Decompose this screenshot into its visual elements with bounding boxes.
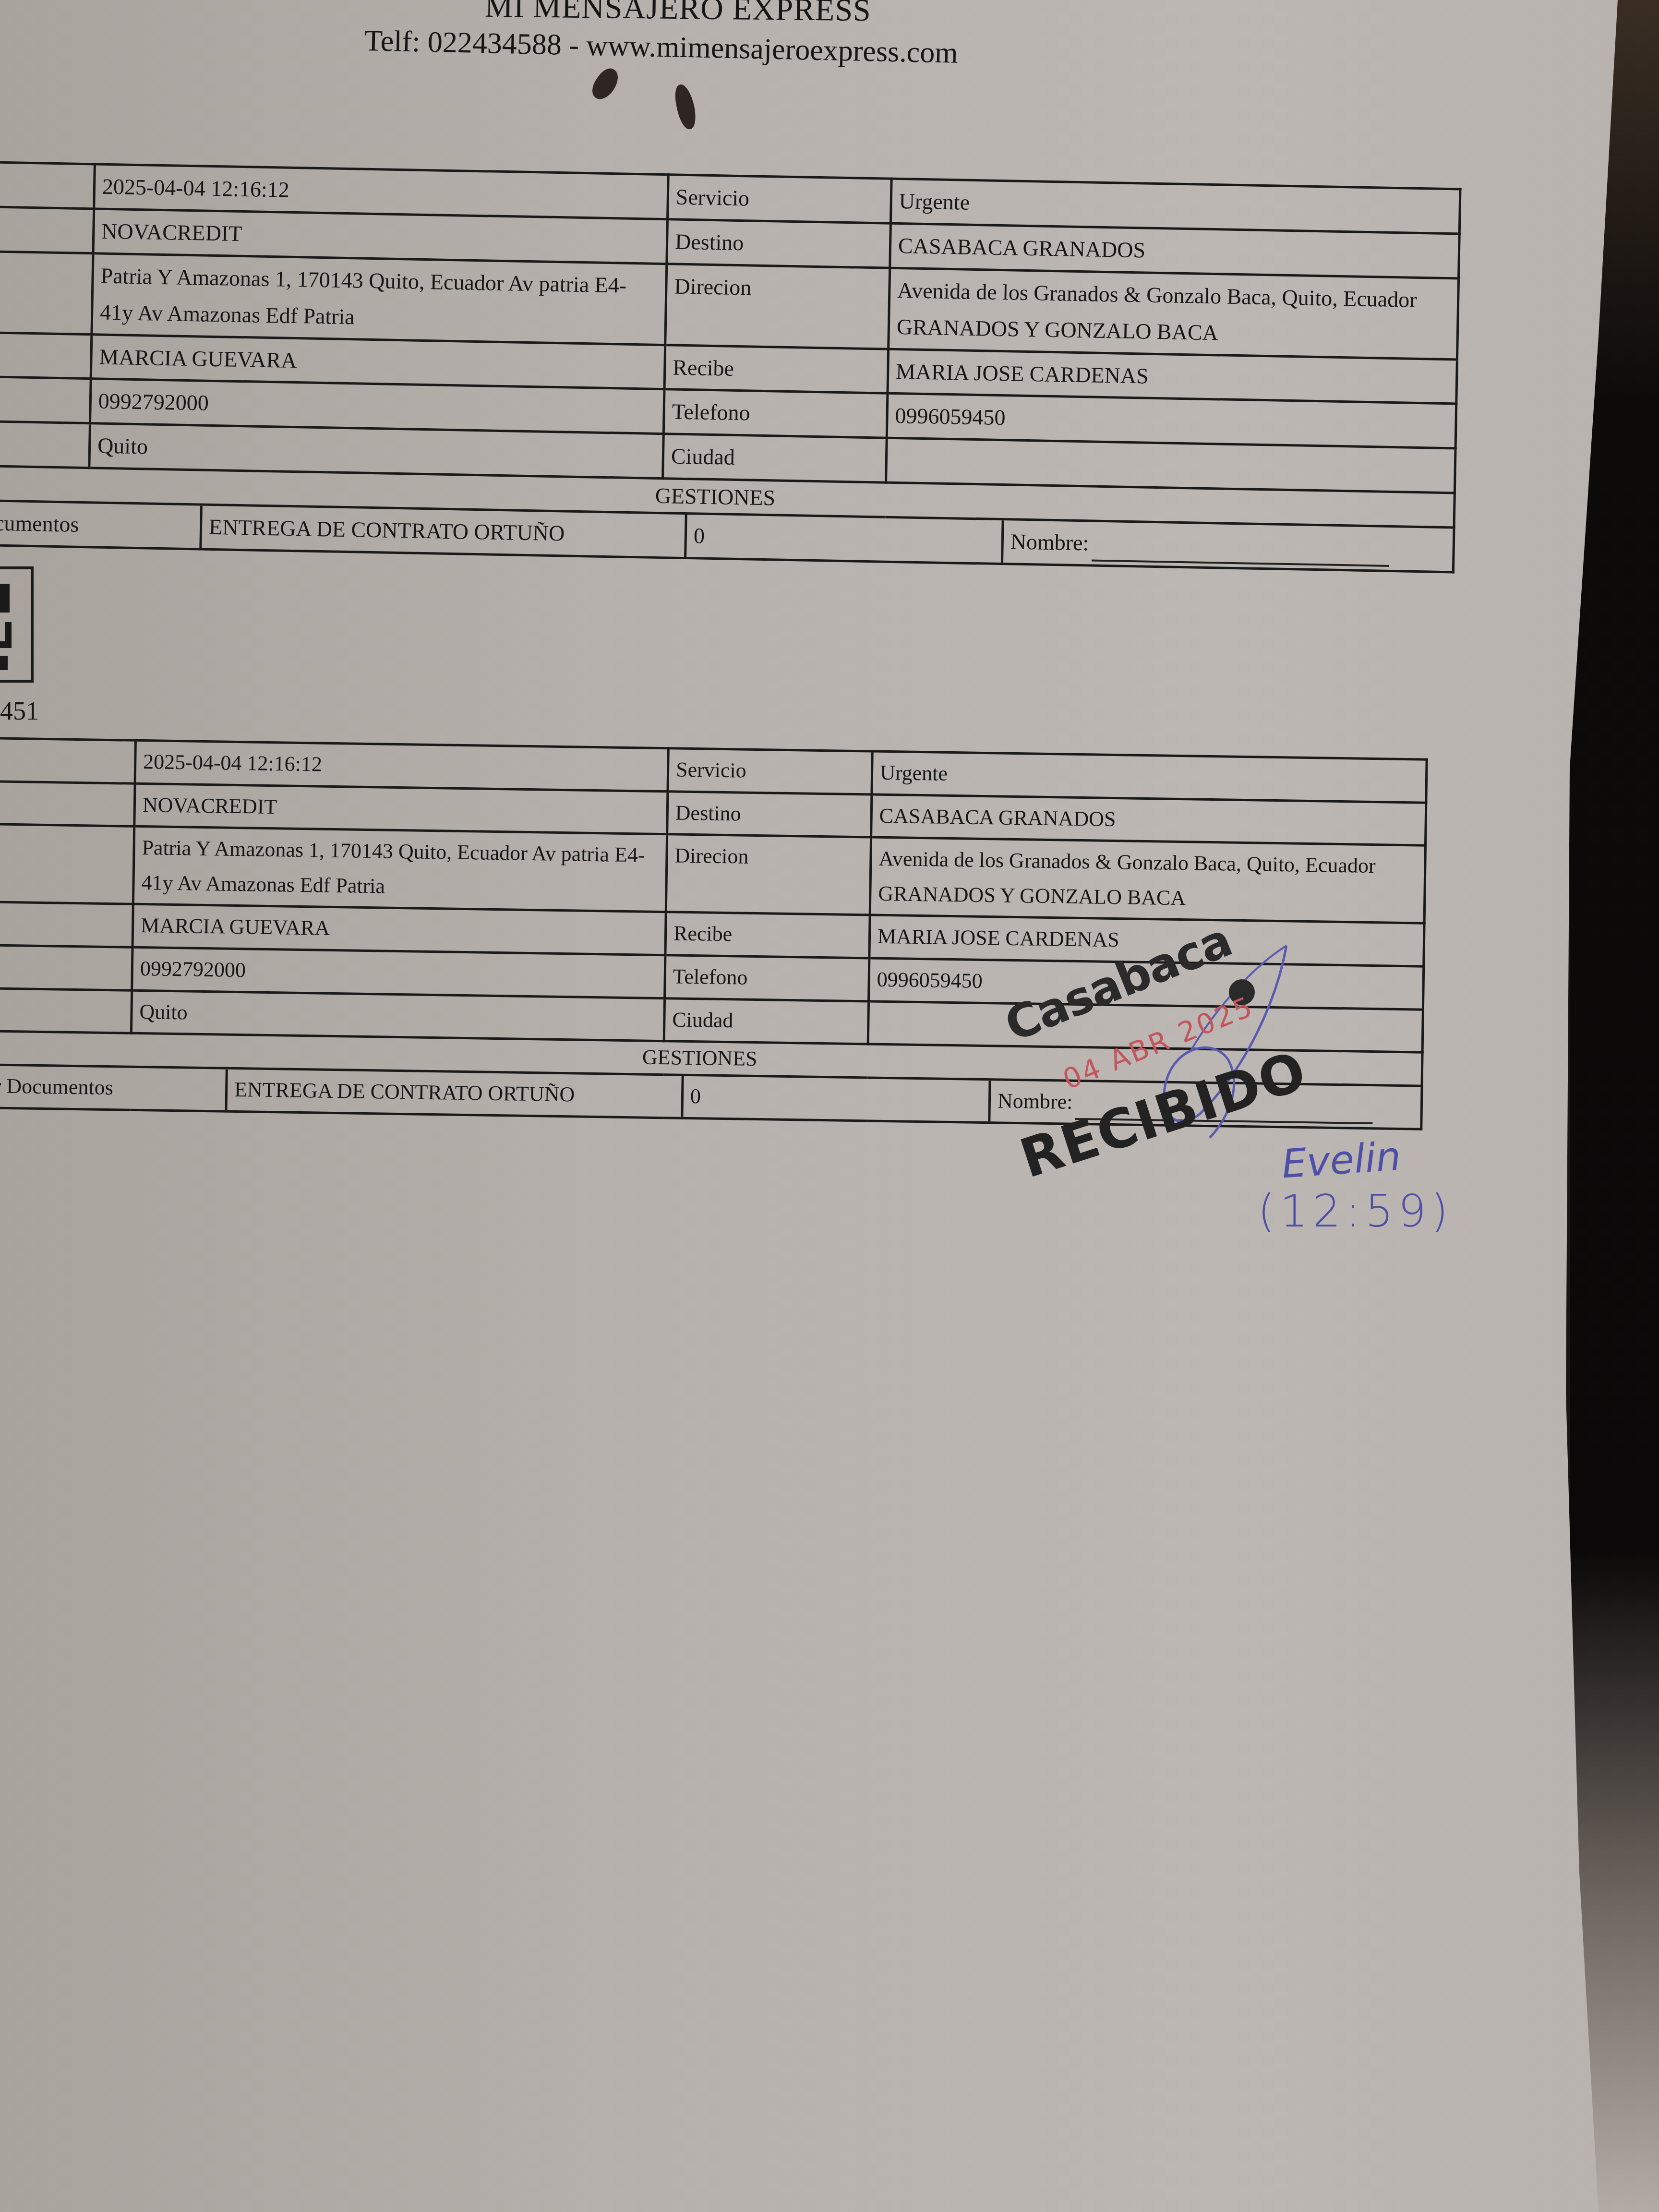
company-contact: Telf: 022434588 - www.mimensajeroexpress… (364, 24, 959, 71)
row-label (0, 738, 135, 783)
service-label: Servicio (668, 748, 872, 794)
date-value: 2025-04-04 12:16:12 (135, 740, 668, 791)
origin-address-value: Patria Y Amazonas 1, 170143 Quito, Ecuad… (92, 253, 667, 345)
city-label: Ciudad (663, 434, 887, 482)
destination-value: CASABACA GRANADOS (871, 794, 1426, 846)
gestion-quantity: 0 (683, 1076, 991, 1121)
qr-code-icon (0, 566, 34, 683)
row-label (0, 162, 95, 209)
city-label: Ciudad (664, 998, 868, 1044)
row-label (0, 251, 93, 334)
row-label (0, 781, 135, 826)
name-label: Nombre: (998, 1089, 1073, 1113)
receiver-label: Recibe (665, 912, 870, 958)
gestion-type: ocumentos (0, 502, 203, 548)
tracking-number: 451 (0, 696, 39, 726)
service-value: Urgente (872, 751, 1427, 803)
phone-label: Telefono (665, 955, 869, 1001)
row-label (0, 902, 133, 947)
row-label (0, 377, 91, 423)
handwritten-receiver-name: Evelin (1280, 1133, 1402, 1187)
row-label (0, 332, 92, 379)
signature-field: Nombre: (1003, 521, 1453, 571)
row-label (0, 206, 94, 253)
row-label: n (0, 824, 134, 904)
address-label: Direcion (665, 264, 890, 349)
origin-city-value: Quito (131, 990, 664, 1041)
handwritten-receipt-time: (12:59) (1258, 1186, 1453, 1237)
staple-hole-icon (673, 83, 699, 131)
name-label: Nombre: (1010, 529, 1089, 555)
service-label: Servicio (668, 175, 892, 223)
address-label: Direcion (666, 834, 871, 915)
row-label: o (0, 945, 132, 990)
destination-label: Destino (667, 791, 872, 837)
contact-name-value: MARCIA GUEVARA (132, 904, 666, 955)
guide-table-copy-1: 2025-04-04 12:16:12 Servicio Urgente NOV… (0, 161, 1461, 574)
gestion-type: ar Documentos (0, 1066, 228, 1110)
company-name: MI MENSAJERO EXPRESS (485, 0, 872, 29)
phone-label: Telefono (663, 389, 888, 438)
destination-address-value: Avenida de los Granados & Gonzalo Baca, … (870, 837, 1425, 923)
sender-value: NOVACREDIT (134, 783, 668, 834)
signature-line (1092, 560, 1389, 567)
destination-label: Destino (667, 219, 891, 268)
delivery-guide-page: MI MENSAJERO EXPRESS Telf: 022434588 - w… (0, 0, 1618, 2212)
destination-address-value: Avenida de los Granados & Gonzalo Baca, … (889, 268, 1459, 359)
row-label: l (0, 988, 132, 1033)
sender-phone-value: 0992792000 (132, 947, 665, 998)
receiver-label: Recibe (664, 345, 889, 393)
gestion-description: ENTREGA DE CONTRATO ORTUÑO (202, 506, 687, 557)
origin-address-value: Patria Y Amazonas 1, 170143 Quito, Ecuad… (133, 826, 667, 912)
staple-hole-icon (588, 64, 624, 103)
gestion-quantity: 0 (686, 515, 1004, 563)
row-label (0, 421, 90, 468)
gestion-description: ENTREGA DE CONTRATO ORTUÑO (228, 1070, 684, 1117)
